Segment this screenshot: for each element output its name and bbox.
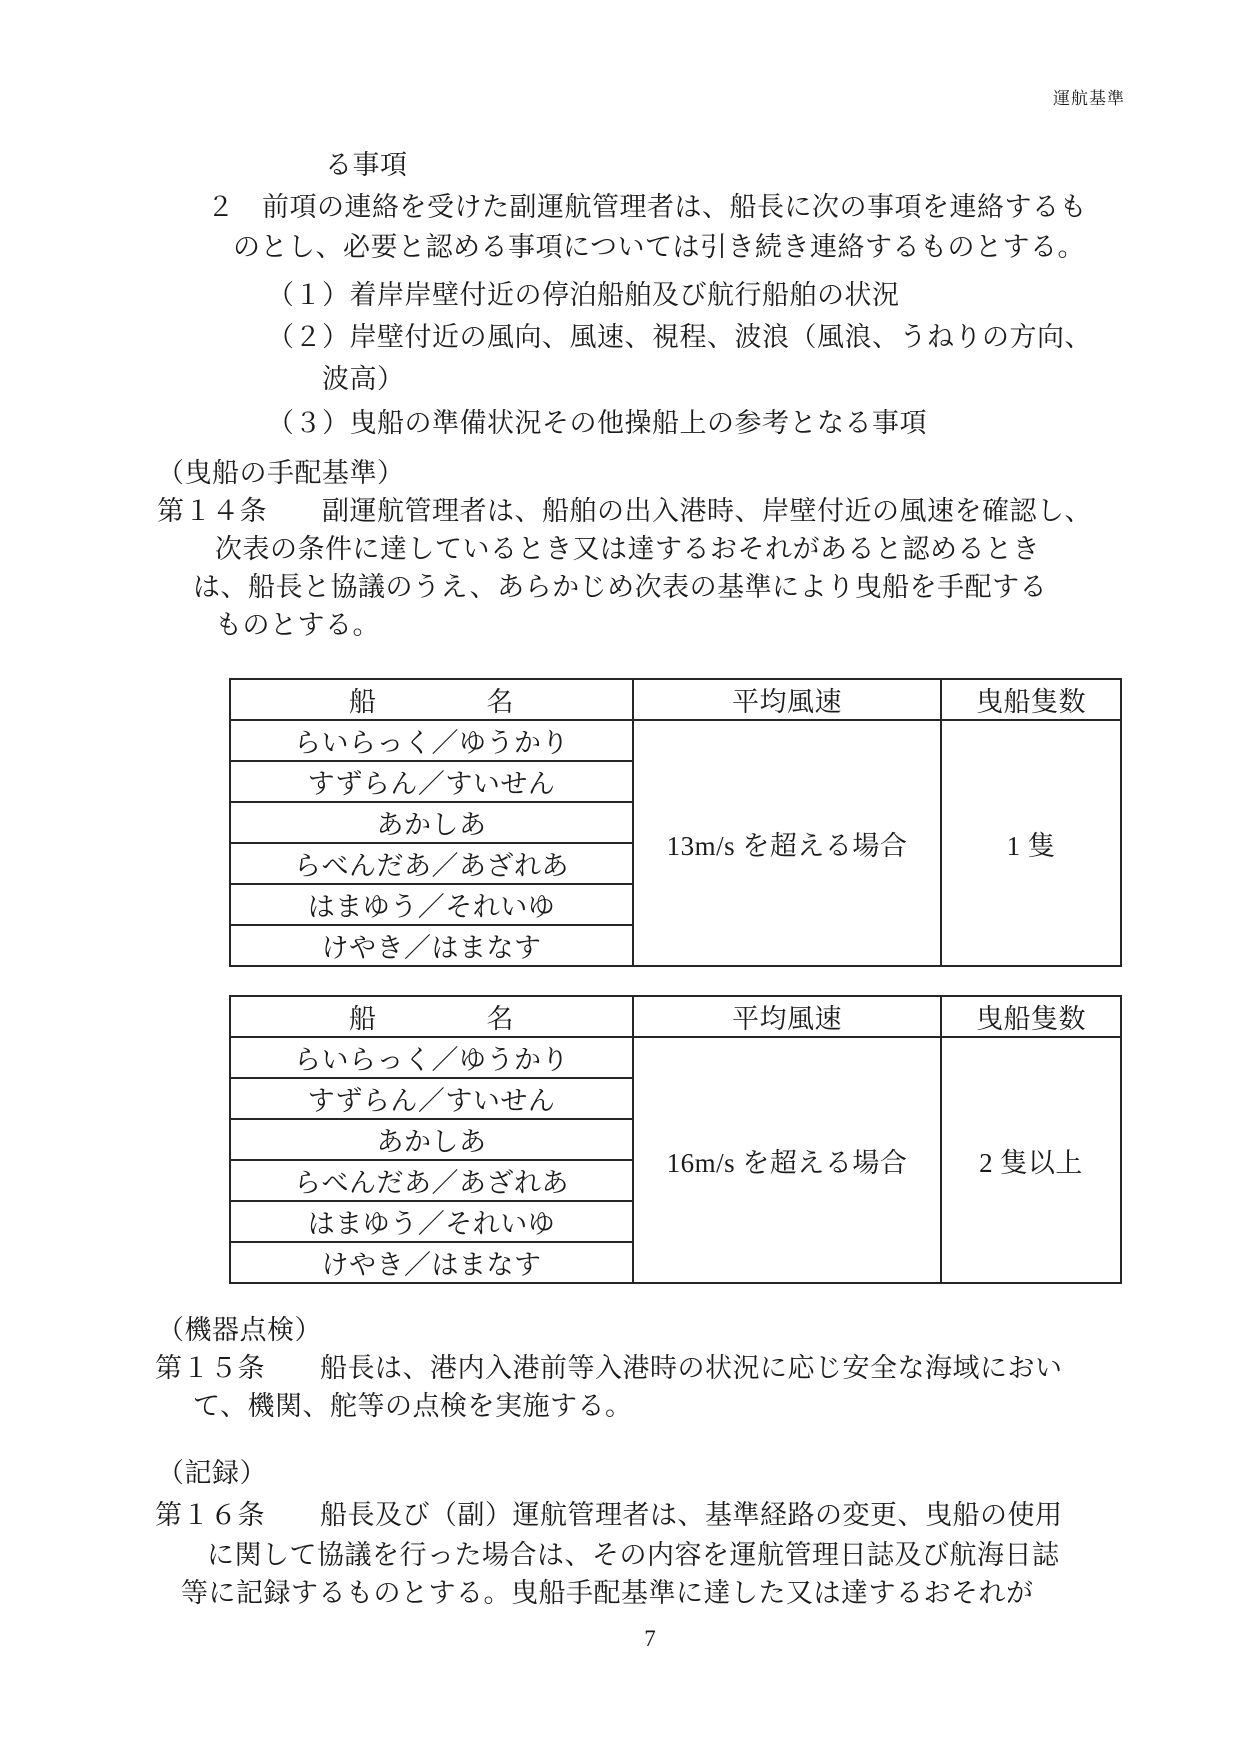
tug-table-16ms: 船 名 平均風速 曳船隻数 らいらっく／ゆうかり 16m/s を超える場合 2 …: [229, 995, 1122, 1284]
article-16-line-2: に関して協議を行った場合は、その内容を運航管理日誌及び航海日誌: [207, 1540, 1060, 1570]
paragraph-2-line-1: ２ 前項の連絡を受けた副運航管理者は、船長に次の事項を連絡するも: [207, 192, 1087, 222]
article-14-line-3: は、船長と協議のうえ、あらかじめ次表の基準により曳船を手配する: [193, 572, 1047, 602]
tug-count-cell: 2 隻以上: [941, 1037, 1121, 1283]
document-page: 運航基準 る事項 ２ 前項の連絡を受けた副運航管理者は、船長に次の事項を連絡する…: [0, 0, 1241, 1755]
wind-condition-cell: 16m/s を超える場合: [633, 1037, 941, 1283]
ship-name-cell: けやき／はまなす: [230, 925, 633, 966]
wind-condition-cell: 13m/s を超える場合: [633, 720, 941, 966]
ship-name-cell: あかしあ: [230, 802, 633, 843]
article-16-line-3: 等に記録するものとする。曳船手配基準に達した又は達するおそれが: [181, 1578, 1034, 1608]
page-number: 7: [0, 1626, 1241, 1652]
table-row: らいらっく／ゆうかり 16m/s を超える場合 2 隻以上: [230, 1037, 1121, 1078]
ship-name-cell: らいらっく／ゆうかり: [230, 1037, 633, 1078]
paragraph-2-line-2: のとし、必要と認める事項については引き続き連絡するものとする。: [233, 232, 1085, 262]
article-14-line-4: ものとする。: [215, 610, 380, 640]
table-row: らいらっく／ゆうかり 13m/s を超える場合 1 隻: [230, 720, 1121, 761]
ship-name-column-header: 船 名: [230, 679, 633, 720]
ship-name-cell: らいらっく／ゆうかり: [230, 720, 633, 761]
ship-name-cell: けやき／はまなす: [230, 1242, 633, 1283]
running-header: 運航基準: [1053, 84, 1125, 109]
list-item-2-line-1: （２）岸壁付近の風向、風速、視程、波浪（風浪、うねりの方向、: [267, 322, 1092, 352]
ship-name-cell: すずらん／すいせん: [230, 761, 633, 802]
tug-count-column-header: 曳船隻数: [941, 996, 1121, 1037]
list-item-3: （３）曳船の準備状況その他操船上の参考となる事項: [267, 408, 927, 438]
tug-count-cell: 1 隻: [941, 720, 1121, 966]
ship-name-cell: すずらん／すいせん: [230, 1078, 633, 1119]
ship-name-column-header: 船 名: [230, 996, 633, 1037]
article-16-line-1: 第１６条 船長及び（副）運航管理者は、基準経路の変更、曳船の使用: [155, 1500, 1063, 1530]
carryover-line: る事項: [325, 150, 408, 180]
ship-name-cell: はまゆう／それいゆ: [230, 884, 633, 925]
ship-name-cell: らべんだあ／あざれあ: [230, 843, 633, 884]
ship-name-cell: あかしあ: [230, 1119, 633, 1160]
list-item-2-line-2: 波高）: [322, 364, 405, 394]
tug-table-13ms: 船 名 平均風速 曳船隻数 らいらっく／ゆうかり 13m/s を超える場合 1 …: [229, 678, 1122, 967]
wind-speed-column-header: 平均風速: [633, 996, 941, 1037]
article-15-heading: （機器点検）: [157, 1315, 322, 1345]
wind-speed-column-header: 平均風速: [633, 679, 941, 720]
article-15-line-1: 第１５条 船長は、港内入港前等入港時の状況に応じ安全な海域におい: [155, 1353, 1063, 1383]
article-16-heading: （記録）: [157, 1458, 267, 1488]
table-header-row: 船 名 平均風速 曳船隻数: [230, 996, 1121, 1037]
list-item-1: （１）着岸岸壁付近の停泊船舶及び航行船舶の状況: [267, 280, 900, 310]
article-14-heading: （曳船の手配基準）: [157, 458, 405, 488]
ship-name-cell: はまゆう／それいゆ: [230, 1201, 633, 1242]
article-15-line-2: て、機関、舵等の点検を実施する。: [193, 1391, 632, 1421]
article-14-line-2: 次表の条件に達しているとき又は達するおそれがあると認めるとき: [215, 534, 1040, 564]
tug-count-column-header: 曳船隻数: [941, 679, 1121, 720]
article-14-line-1: 第１４条 副運航管理者は、船舶の出入港時、岸壁付近の風速を確認し、: [157, 496, 1092, 526]
ship-name-cell: らべんだあ／あざれあ: [230, 1160, 633, 1201]
table-header-row: 船 名 平均風速 曳船隻数: [230, 679, 1121, 720]
